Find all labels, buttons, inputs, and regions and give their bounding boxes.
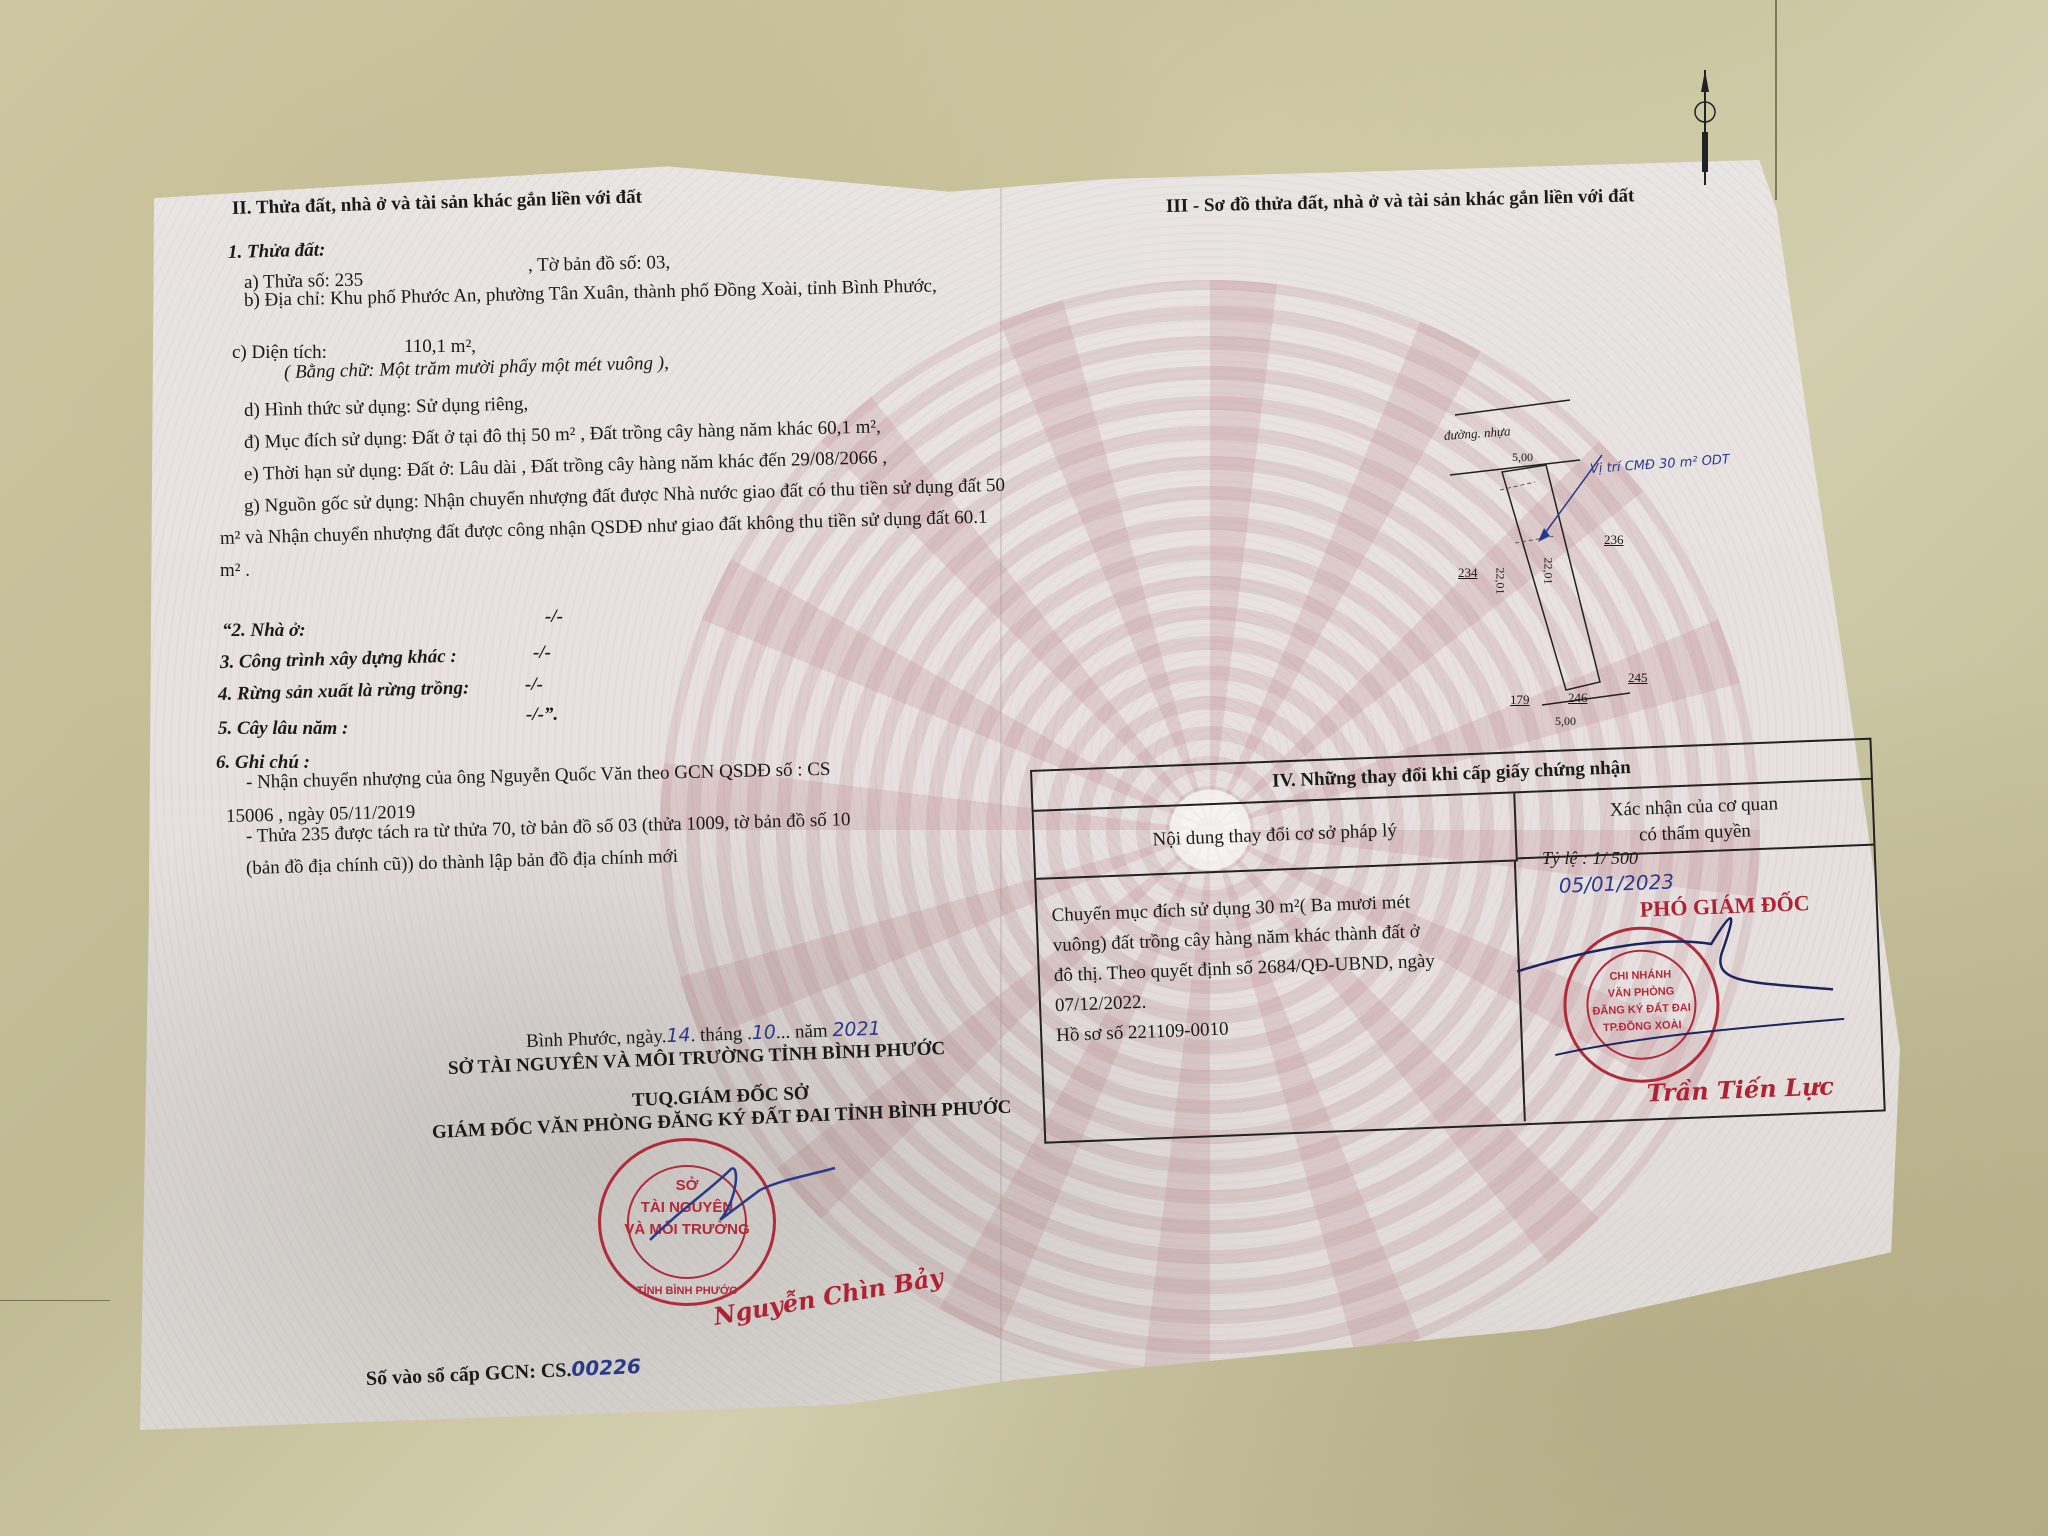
neighbor-parcel-245: 245 [1628, 670, 1648, 686]
dimension-bottom: 5,00 [1555, 714, 1576, 729]
thua-dat-heading: 1. Thửa đất: [228, 239, 326, 264]
neighbor-parcel-234: 234 [1458, 565, 1478, 581]
issue-year: 2021 [832, 1018, 881, 1042]
floor-tile-seam [0, 1300, 110, 1301]
authority-confirmation-cell: 05/01/2023 PHÓ GIÁM ĐỐC CHI NHÁNH VĂN PH… [1518, 848, 1884, 1121]
issuer-signature [620, 1150, 840, 1260]
rung-san-xuat-value: -/- [525, 674, 543, 696]
confirm-signer-name: Trần Tiến Lực [1646, 1071, 1834, 1107]
neighbor-parcel-246: 246 [1568, 690, 1588, 706]
change-content-cell: Chuyển mục đích sử dụng 30 m²( Ba mươi m… [1036, 861, 1526, 1139]
issue-month: 10 [751, 1021, 776, 1044]
north-label: B [1696, 68, 1704, 84]
cay-lau-nam-value: -/-”. [526, 704, 558, 726]
register-value: 00226 [571, 1354, 642, 1381]
nguon-goc-line-3: m² . [220, 560, 250, 582]
dimension-top: 5,00 [1512, 450, 1533, 465]
changes-table: IV. Những thay đổi khi cấp giấy chứng nh… [1030, 738, 1886, 1144]
confirm-date: 05/01/2023 [1558, 869, 1674, 897]
neighbor-parcel-179: 179 [1510, 692, 1530, 708]
parcel-diagram [1270, 220, 1670, 620]
place-date-prefix: Bình Phước, ngày. [526, 1026, 667, 1052]
nha-o-value: -/- [545, 606, 563, 628]
north-arrow-icon [1690, 70, 1720, 190]
cay-lau-nam-label: 5. Cây lâu năm : [218, 718, 348, 740]
dimension-left: 22,01 [1493, 568, 1508, 595]
month-label: . tháng . [690, 1023, 752, 1046]
issue-day: 14 [666, 1024, 691, 1047]
confirm-signature [1510, 899, 1856, 1072]
column-header-authority: Xác nhận của cơ quan có thẩm quyền [1515, 780, 1873, 860]
to-ban-do: , Tờ bản đồ số: 03, [528, 252, 671, 277]
nha-o-label: “2. Nhà ở: [222, 620, 306, 642]
dimension-right: 22,01 [1541, 558, 1556, 585]
cong-trinh-value: -/- [533, 642, 551, 664]
neighbor-parcel-236: 236 [1604, 532, 1624, 548]
floor-tile-seam [1775, 0, 1777, 200]
year-label: ... năm [776, 1020, 828, 1043]
dien-tich-value: 110,1 m², [404, 336, 476, 358]
